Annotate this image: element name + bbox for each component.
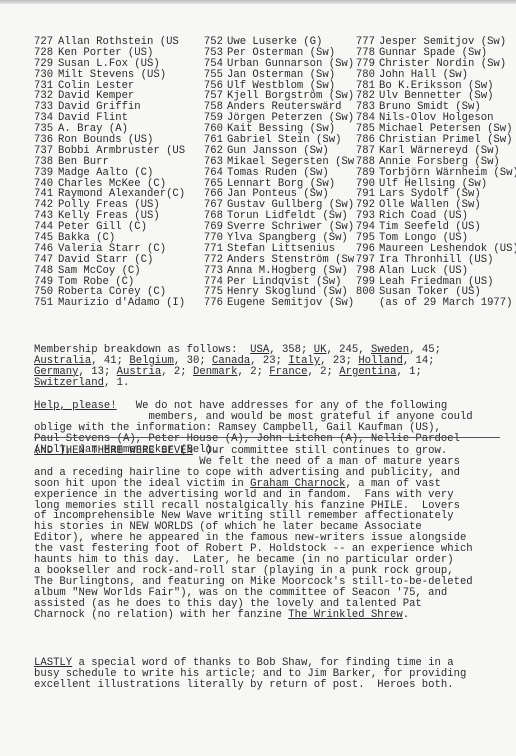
country-count: , 2; bbox=[161, 366, 186, 378]
member-name: (as of 29 March 1977) bbox=[379, 297, 513, 309]
lastly-line: excellent illustrations literally by ret… bbox=[34, 679, 454, 691]
country-count: , 1. bbox=[104, 377, 129, 389]
document-page: 727Allan Rothstein (US728Ken Porter (US)… bbox=[34, 37, 504, 367]
section-divider bbox=[34, 437, 500, 438]
member-number: 730 bbox=[34, 70, 54, 81]
member-number: 755 bbox=[203, 70, 223, 81]
seven-body: experience in the advertising world and … bbox=[34, 489, 473, 610]
country-name: Switzerland bbox=[34, 377, 104, 389]
member-list: 727Allan Rothstein (US728Ken Porter (US)… bbox=[34, 37, 504, 367]
member-number: 776 bbox=[203, 298, 223, 309]
country-count: , 2; bbox=[238, 366, 263, 378]
membership-breakdown: Membership breakdown as follows: USA, 35… bbox=[34, 345, 504, 389]
member-number: 748 bbox=[34, 266, 54, 277]
seven-section: AND THEN THERE WERE SEVEN Our committee … bbox=[34, 446, 504, 621]
scan-edge bbox=[0, 0, 516, 4]
country-count: , 2; bbox=[307, 366, 332, 378]
member-number: 780 bbox=[355, 70, 375, 81]
member-column-2: 752Uwe Luserke (G)753Per Osterman (Sw)75… bbox=[203, 37, 354, 309]
country-name: Argentina bbox=[339, 366, 396, 378]
member-number: 798 bbox=[355, 266, 375, 277]
country-name: Denmark bbox=[193, 366, 238, 378]
country-count: , 1; bbox=[396, 366, 421, 378]
member-column-3: 777Jesper Semitjov (Sw)778Gunnar Spade (… bbox=[355, 37, 516, 309]
wrinkled-shrew-title: The Wrinkled Shrew bbox=[288, 609, 402, 621]
member-row: 776Eugene Semitjov (Sw) bbox=[203, 298, 354, 309]
member-row: (as of 29 March 1977) bbox=[355, 298, 516, 309]
country-name: France bbox=[269, 366, 307, 378]
seven-line: . bbox=[403, 609, 409, 621]
member-number: 773 bbox=[203, 266, 223, 277]
member-name: Eugene Semitjov (Sw) bbox=[227, 297, 354, 309]
member-row: 737Bobbi Armbruster (US bbox=[34, 146, 185, 157]
member-number: 764 bbox=[203, 168, 223, 179]
member-number: 739 bbox=[34, 168, 54, 179]
seven-line: Charnock (no relation) with her fanzine bbox=[34, 609, 288, 621]
member-row: 751Maurizio d'Adamo (I) bbox=[34, 298, 185, 309]
member-column-1: 727Allan Rothstein (US728Ken Porter (US)… bbox=[34, 37, 185, 309]
seven-heading: AND THEN THERE WERE SEVEN bbox=[34, 445, 193, 457]
member-name: Maurizio d'Adamo (I) bbox=[58, 297, 185, 309]
member-number: 789 bbox=[355, 168, 375, 179]
member-number: 800 bbox=[355, 287, 375, 298]
lastly-section: LASTLY a special word of thanks to Bob S… bbox=[34, 658, 504, 691]
member-number: 751 bbox=[34, 298, 54, 309]
